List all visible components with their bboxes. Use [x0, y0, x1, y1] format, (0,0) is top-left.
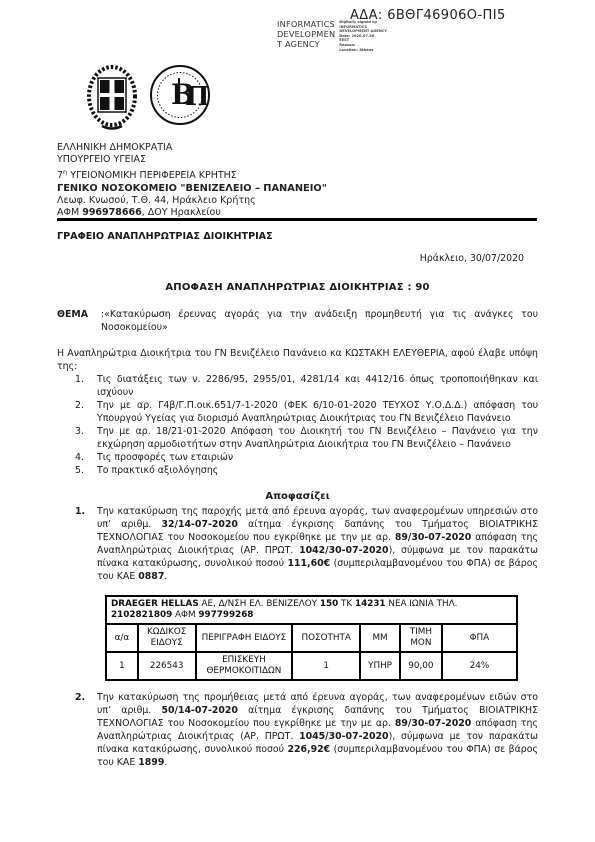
signature-details: Digitally signed by INFORMATICS DEVELOPM… — [339, 19, 387, 52]
document-body: ΓΡΑΦΕΙΟ ΑΝΑΠΛΗΡΩΤΡΙΑΣ ΔΙΟΙΚΗΤΡΙΑΣ Ηράκλε… — [57, 230, 538, 769]
col-header: ΠΟΣΟΤΗΤΑ — [292, 624, 360, 652]
agency-line: INFORMATICS — [277, 19, 335, 29]
consideration-item: 1.Τις διατάξεις των ν. 2286/95, 2955/01,… — [57, 373, 538, 399]
col-header: ΠΕΡΙΓΡΑΦΗ ΕΙΔΟΥΣ — [196, 624, 293, 652]
col-header: ΜΜ — [360, 624, 400, 652]
col-header: ΦΠΑ — [442, 624, 517, 652]
consideration-item: 4.Τις προσφορές των εταιριών — [57, 451, 538, 464]
signature-agency-name: INFORMATICS DEVELOPMEN T AGENCY — [277, 19, 335, 52]
address-line: Λεωφ. Κνωσού, Τ.Θ. 44, Ηράκλειο Κρήτης — [57, 195, 327, 207]
cell-description: ΕΠΙΣΚΕΥΗ ΘΕΡΜΟΚΟΙΤΙΔΩΝ — [196, 652, 293, 680]
hospital-name: ΓΕΝΙΚΟ ΝΟΣΟΚΟΜΕΙΟ "ΒΕΝΙΖΕΛΕΙΟ – ΠΑΝΑΝΕΙΟ… — [57, 183, 327, 195]
table-row: 1 226543 ΕΠΙΣΚΕΥΗ ΘΕΡΜΟΚΟΙΤΙΔΩΝ 1 ΥΠΗΡ 9… — [106, 652, 517, 680]
digital-signature-stamp: INFORMATICS DEVELOPMEN T AGENCY Digitall… — [277, 19, 387, 52]
col-header: ΤΙΜΗ ΜΟΝ — [400, 624, 442, 652]
header-divider — [57, 218, 537, 221]
consideration-item: 5.Το πρακτικό αξιολόγησης — [57, 464, 538, 477]
agency-line: T AGENCY — [277, 39, 335, 49]
signature-detail-line: Location: Athens — [339, 48, 387, 53]
table-header-row: α/α ΚΩΔΙΚΟΣ ΕΙΔΟΥΣ ΠΕΡΙΓΡΑΦΗ ΕΙΔΟΥΣ ΠΟΣΟ… — [106, 624, 517, 652]
consideration-item: 3.Την με αρ. 18/21-01-2020 Απόφαση του Δ… — [57, 425, 538, 451]
cell-quantity: 1 — [292, 652, 360, 680]
document-page: ΑΔΑ: 6ΒΘΓ46906Ο-ΠΙ5 INFORMATICS DEVELOPM… — [0, 0, 595, 842]
considerations-list: 1.Τις διατάξεις των ν. 2286/95, 2955/01,… — [57, 373, 538, 477]
cell-unit-price: 90,00 — [400, 652, 442, 680]
greek-national-emblem-icon — [85, 64, 139, 132]
letterhead: ΕΛΛΗΝΙΚΗ ΔΗΜΟΚΡΑΤΙΑ ΥΠΟΥΡΓΕΙΟ ΥΓΕΙΑΣ 7η … — [57, 142, 327, 219]
decides-heading: Αποφασίζει — [57, 490, 538, 503]
subject-label: ΘΕΜΑ — [57, 308, 101, 334]
republic-line: ΕΛΛΗΝΙΚΗ ΔΗΜΟΚΡΑΤΙΑ — [57, 142, 327, 154]
cell-unit: ΥΠΗΡ — [360, 652, 400, 680]
place-date-line: Ηράκλειο, 30/07/2020 — [57, 252, 538, 265]
decision-paragraph-1: 1.Την κατακύρωση της παροχής μετά από έρ… — [57, 505, 538, 583]
consideration-item: 2.Την με αρ. Γ4β/Γ.Π.οικ.651/7-1-2020 (Φ… — [57, 399, 538, 425]
intro-paragraph: Η Αναπληρώτρια Διοικήτρια του ΓΝ Βενιζέλ… — [57, 347, 538, 373]
decision-title: ΑΠΟΦΑΣΗ ΑΝΑΠΛΗΡΩΤΡΙΑΣ ΔΙΟΙΚΗΤΡΙΑΣ : 90 — [57, 281, 538, 294]
col-header: α/α — [106, 624, 138, 652]
agency-line: DEVELOPMEN — [277, 29, 335, 39]
cell-vat: 24% — [442, 652, 517, 680]
decision-paragraph-2: 2.Την κατακύρωση της προμήθειας μετά από… — [57, 691, 538, 769]
supplier-row: DRAEGER HELLAS ΑΕ, Δ/ΝΣΗ ΕΛ. ΒΕΝΙΖΕΛΟΥ 1… — [106, 596, 517, 624]
region-line: 7η ΥΓΕΙΟΝΟΜΙΚΗ ΠΕΡΙΦΕΡΕΙΑ ΚΡΗΤΗΣ — [57, 166, 327, 182]
svg-text:Π: Π — [185, 82, 210, 112]
ministry-line: ΥΠΟΥΡΓΕΙΟ ΥΓΕΙΑΣ — [57, 154, 327, 166]
subject-text: :«Κατακύρωση έρευνας αγοράς για την ανάδ… — [101, 308, 538, 334]
cell-code: 226543 — [138, 652, 196, 680]
supplier-info: DRAEGER HELLAS ΑΕ, Δ/ΝΣΗ ΕΛ. ΒΕΝΙΖΕΛΟΥ 1… — [106, 596, 517, 624]
award-table: DRAEGER HELLAS ΑΕ, Δ/ΝΣΗ ΕΛ. ΒΕΝΙΖΕΛΟΥ 1… — [105, 595, 518, 681]
hospital-seal-icon: Β Π — [149, 64, 211, 126]
col-header: ΚΩΔΙΚΟΣ ΕΙΔΟΥΣ — [138, 624, 196, 652]
subject-block: ΘΕΜΑ :«Κατακύρωση έρευνας αγοράς για την… — [57, 308, 538, 334]
cell-aa: 1 — [106, 652, 138, 680]
office-title: ΓΡΑΦΕΙΟ ΑΝΑΠΛΗΡΩΤΡΙΑΣ ΔΙΟΙΚΗΤΡΙΑΣ — [57, 230, 538, 243]
